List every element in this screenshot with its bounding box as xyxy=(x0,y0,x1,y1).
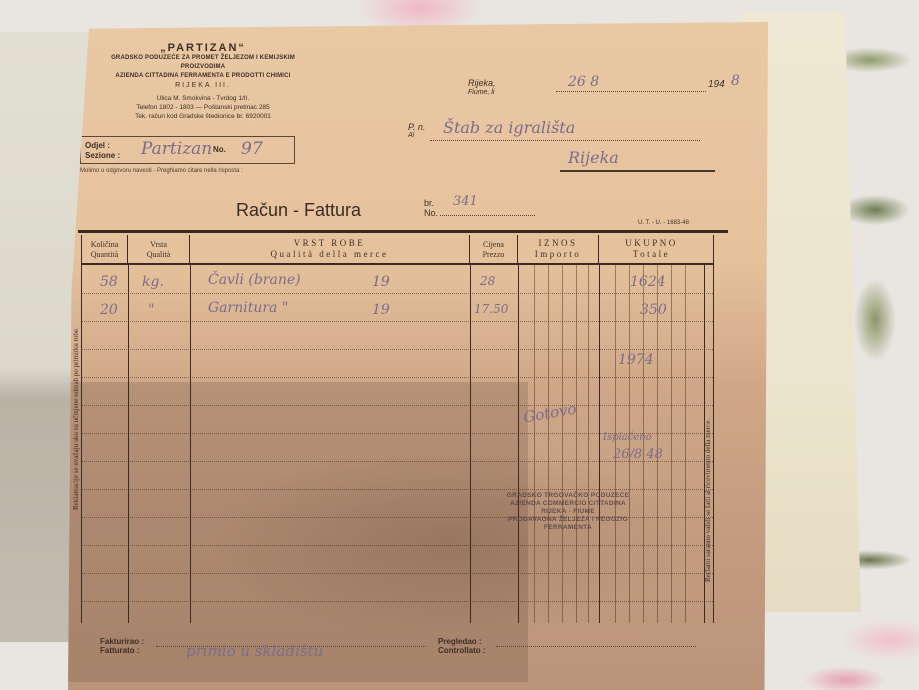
column-divider xyxy=(518,265,519,623)
recipient-label-it: Al xyxy=(408,132,425,139)
table-header-row: Količina Quantità Vrsta Qualità VRST ROB… xyxy=(82,235,713,265)
complaint-note-it: Reclami saranno validi se fatti al ricev… xyxy=(704,282,712,582)
row-line xyxy=(82,545,713,546)
company-phone: Telefon 1802 - 1803 — Poštanski pretinac… xyxy=(88,103,318,112)
digit-divider xyxy=(588,265,589,623)
company-header: „PARTIZAN“ GRADSKO PODUZEĆE ZA PROMET ŽE… xyxy=(88,42,318,121)
header-text: Vrsta xyxy=(128,240,189,250)
section-box: Odjel : Sezione : Partizan No. 97 xyxy=(80,136,295,164)
digit-divider xyxy=(534,265,535,623)
place-label-hr: Rijeka, xyxy=(468,78,496,88)
digit-divider xyxy=(685,265,686,623)
section-label-hr: Odjel : xyxy=(85,141,120,151)
invoiced-by-label: Fakturirao : Fatturato : xyxy=(100,637,144,655)
header-text: Qualità xyxy=(128,250,189,260)
section-labels: Odjel : Sezione : xyxy=(85,141,120,161)
header-price: Cijena Prezzo xyxy=(470,235,518,265)
column-divider xyxy=(190,265,191,623)
checked-by-line xyxy=(496,646,696,647)
row-qty: 58 xyxy=(100,274,118,290)
row-size: 19 xyxy=(372,274,390,290)
annotation-sub: Isplaćeno xyxy=(603,432,652,443)
header-goods: VRST ROBE Qualità della merce xyxy=(190,235,470,265)
row-total: 350 xyxy=(640,302,667,318)
digit-divider xyxy=(657,265,658,623)
reference-note: Molimo u odgovoru navesti - Preghiamo ci… xyxy=(80,168,243,174)
invoice-number-line xyxy=(440,215,535,216)
sum-handwritten: 1974 xyxy=(618,352,654,368)
header-text: Qualità della merce xyxy=(190,249,469,260)
row-total: 1624 xyxy=(630,274,666,290)
row-line xyxy=(82,321,713,322)
row-line xyxy=(82,573,713,574)
stamp-line: PRODAVAONA ŽELJEZA / NEGOZIO xyxy=(488,516,648,524)
row-line xyxy=(82,405,713,406)
invoice-number-handwritten: 341 xyxy=(453,194,478,209)
row-item: Garnitura " xyxy=(208,300,288,316)
digit-divider xyxy=(562,265,563,623)
row-line xyxy=(82,349,713,350)
checked-hr: Pregledao : xyxy=(438,637,486,646)
invoice-table: Količina Quantità Vrsta Qualità VRST ROB… xyxy=(81,235,714,623)
date-handwritten: 26 8 xyxy=(568,74,599,90)
section-no-value: 97 xyxy=(241,139,263,159)
digit-divider xyxy=(643,265,644,623)
checked-by-label: Pregledao : Controllato : xyxy=(438,637,486,655)
no-label: No. xyxy=(424,208,438,218)
invoice-document: „PARTIZAN“ GRADSKO PODUZEĆE ZA PROMET ŽE… xyxy=(68,22,768,690)
invoiced-by-handwritten: primio u skladištu xyxy=(186,642,323,660)
place-label-it: Fiume, li xyxy=(468,89,496,96)
header-text: Importo xyxy=(518,249,598,260)
row-item: Čavli (brane) xyxy=(208,272,301,288)
header-text: Totale xyxy=(599,249,704,260)
row-qty: 20 xyxy=(100,302,118,318)
company-line-it: AZIENDA CITTADINA FERRAMENTA E PRODOTTI … xyxy=(88,72,318,81)
company-name: „PARTIZAN“ xyxy=(88,42,318,54)
stamp-line: RIJEKA - FIUME xyxy=(488,508,648,516)
row-price: 17.50 xyxy=(474,302,508,316)
header-text: Quantità xyxy=(82,250,127,260)
header-text: Količina xyxy=(82,240,127,250)
stamp-line: GRADSKO TRGOVAČKO PODUZEĆE xyxy=(488,492,648,500)
year-handwritten: 8 xyxy=(731,73,740,89)
checked-it: Controllato : xyxy=(438,646,486,655)
form-code: U. T. - U. - 1683-48 xyxy=(638,220,689,226)
row-line xyxy=(82,489,713,490)
header-type: Vrsta Qualità xyxy=(128,235,190,265)
invoiced-it: Fatturato : xyxy=(100,646,144,655)
company-city: RIJEKA III. xyxy=(88,81,318,90)
row-line xyxy=(82,601,713,602)
stamp-line: FERRAMENTA xyxy=(488,524,648,532)
company-account: Tek. račun kod Gradske štedionice br. 69… xyxy=(88,112,318,121)
recipient-label-hr: P. n. xyxy=(408,122,425,132)
column-divider xyxy=(470,265,471,623)
section-label-it: Sezione : xyxy=(85,151,120,161)
header-text: Cijena xyxy=(470,240,517,250)
column-divider xyxy=(599,265,600,623)
row-line xyxy=(82,377,713,378)
header-text: VRST ROBE xyxy=(190,238,469,249)
company-address: Ulica M. Smokvina - Tvrdog 1/II. xyxy=(88,94,318,103)
row-unit: kg. xyxy=(142,274,164,290)
recipient-handwritten-2: Rijeka xyxy=(568,148,619,167)
date-line xyxy=(556,91,706,92)
recipient-handwritten-1: Štab za igrališta xyxy=(443,118,575,137)
digit-divider xyxy=(615,265,616,623)
invoice-title: Račun - Fattura xyxy=(236,200,361,221)
company-stamp: GRADSKO TRGOVAČKO PODUZEĆE AZIENDA COMME… xyxy=(488,492,648,532)
annotation-number: 26/8 48 xyxy=(613,447,663,462)
row-price: 28 xyxy=(480,274,495,288)
place-label: Rijeka, Fiume, li xyxy=(468,78,496,96)
header-amount: IZNOS Importo xyxy=(518,235,599,265)
header-total: UKUPNO Totale xyxy=(599,235,704,265)
header-text: Prezzo xyxy=(470,250,517,260)
br-label: br. xyxy=(424,198,438,208)
recipient-underline xyxy=(560,170,715,172)
digit-divider xyxy=(629,265,630,623)
year-prefix: 194 xyxy=(708,79,725,90)
stamp-line: AZIENDA COMMERCIO CITTADINA xyxy=(488,500,648,508)
header-rule xyxy=(78,230,728,233)
column-divider xyxy=(128,265,129,623)
row-unit: " xyxy=(148,302,154,318)
company-line-hr: GRADSKO PODUZEĆE ZA PROMET ŽELJEZOM I KE… xyxy=(88,54,318,72)
invoice-number-label: br. No. xyxy=(424,198,438,218)
invoiced-hr: Fakturirao : xyxy=(100,637,144,646)
row-size: 19 xyxy=(372,302,390,318)
section-no-label: No. xyxy=(213,145,226,154)
header-text: IZNOS xyxy=(518,238,598,249)
header-text: UKUPNO xyxy=(599,238,704,249)
recipient-label: P. n. Al xyxy=(408,122,425,139)
digit-divider xyxy=(576,265,577,623)
recipient-line xyxy=(430,140,700,141)
row-line xyxy=(82,293,713,294)
digit-divider xyxy=(671,265,672,623)
header-quantity: Količina Quantità xyxy=(82,235,128,265)
section-value: Partizan xyxy=(141,139,212,159)
digit-divider xyxy=(548,265,549,623)
